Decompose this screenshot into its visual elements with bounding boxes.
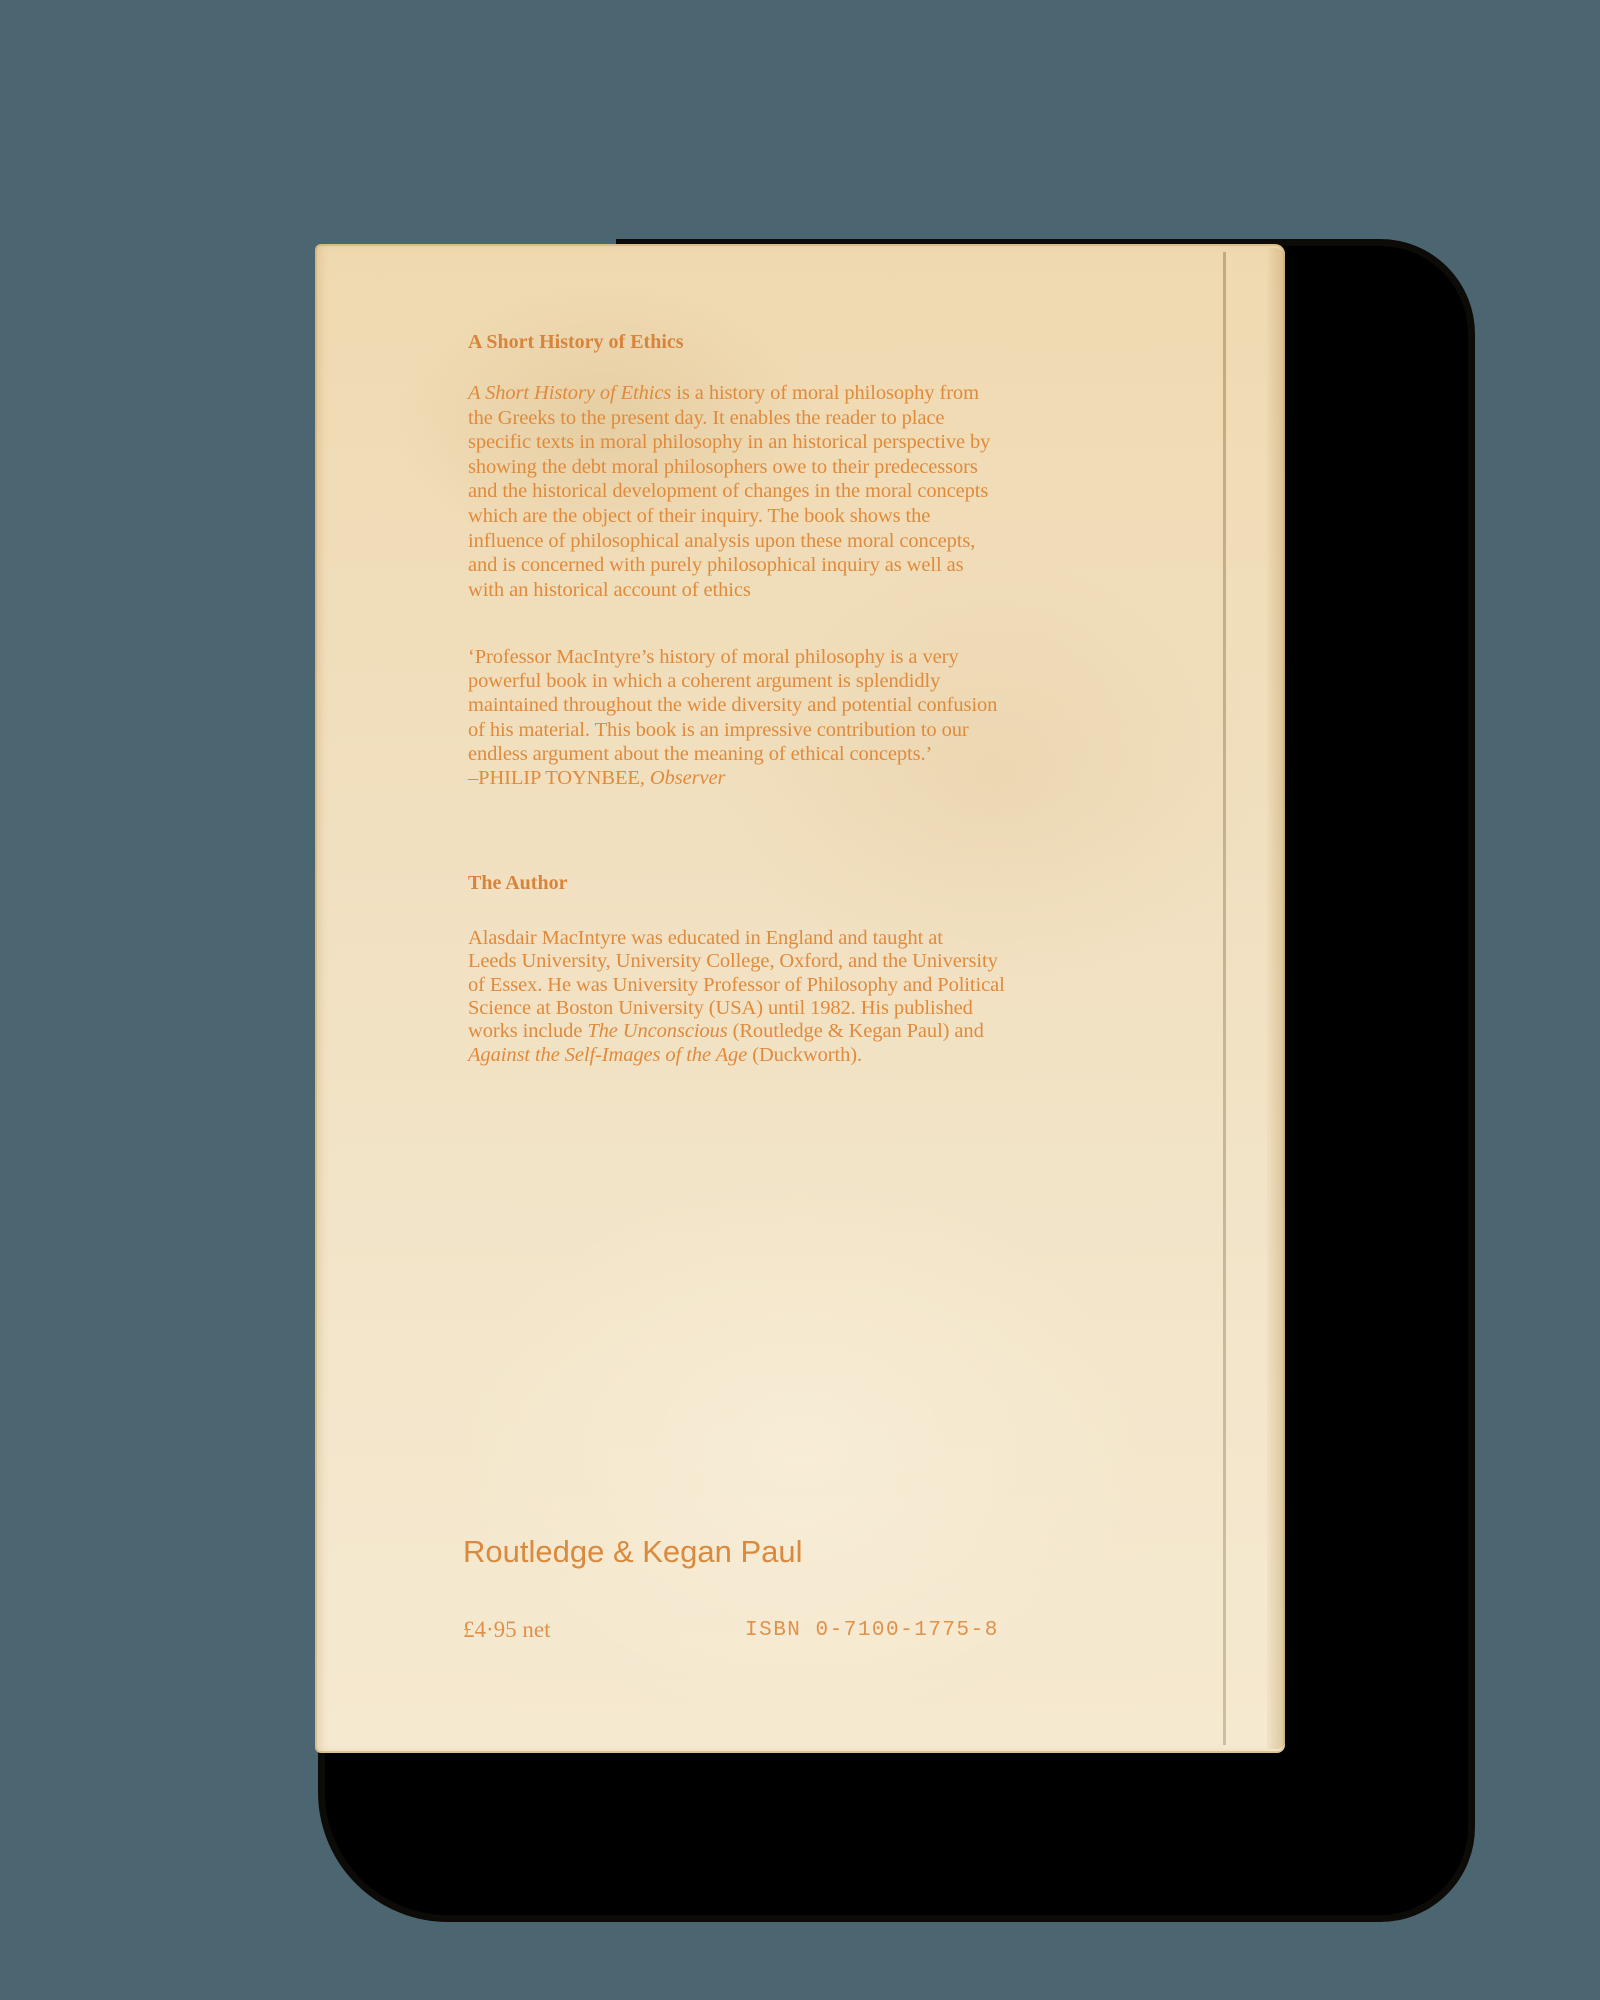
- text-segment: the Greeks to the present day. It enable…: [468, 407, 944, 429]
- text-segment: maintained throughout the wide diversity…: [468, 694, 997, 716]
- text-segment: endless argument about the meaning of et…: [468, 743, 932, 765]
- text-segment: and the historical development of change…: [468, 480, 988, 502]
- spine-edge: [1267, 248, 1285, 1749]
- text-line: ‘Professor MacIntyre’s history of moral …: [468, 645, 958, 669]
- text-segment: ‘Professor MacIntyre’s history of moral …: [468, 646, 958, 668]
- text-line: works include The Unconscious (Routledge…: [468, 1019, 984, 1043]
- text-line: of Essex. He was University Professor of…: [468, 973, 1005, 997]
- text-segment: Science at Boston University (USA) until…: [468, 997, 973, 1019]
- text-line: Leeds University, University College, Ox…: [468, 949, 998, 973]
- text-line: and the historical development of change…: [468, 479, 988, 503]
- price: £4·95 net: [463, 1617, 551, 1643]
- text-line: showing the debt moral philosophers owe …: [468, 455, 978, 479]
- text-segment: (Duckworth).: [747, 1044, 862, 1066]
- text-segment: specific texts in moral philosophy in an…: [468, 431, 990, 453]
- text-line: Alasdair MacIntyre was educated in Engla…: [468, 926, 943, 950]
- text-segment: which are the object of their inquiry. T…: [468, 505, 930, 527]
- text-line: Against the Self-Images of the Age (Duck…: [468, 1043, 862, 1067]
- text-line: A Short History of Ethics is a history o…: [468, 381, 979, 405]
- italic-text: A Short History of Ethics: [468, 382, 671, 404]
- text-segment: of his material. This book is an impress…: [468, 719, 969, 741]
- text-line: which are the object of their inquiry. T…: [468, 504, 930, 528]
- italic-text: Against the Self-Images of the Age: [468, 1044, 747, 1066]
- text-segment: Alasdair MacIntyre was educated in Engla…: [468, 927, 943, 949]
- text-segment: Leeds University, University College, Ox…: [468, 950, 998, 972]
- text-segment: with an historical account of ethics: [468, 579, 751, 601]
- italic-text: Observer: [650, 767, 726, 789]
- text-line: and is concerned with purely philosophic…: [468, 553, 963, 577]
- text-segment: (Routledge & Kegan Paul) and: [728, 1020, 984, 1042]
- text-segment: showing the debt moral philosophers owe …: [468, 456, 978, 478]
- book-back-cover: A Short History of Ethics A Short Histor…: [315, 244, 1285, 1753]
- title-heading: A Short History of Ethics: [468, 331, 684, 354]
- text-line: endless argument about the meaning of et…: [468, 742, 932, 766]
- text-line: with an historical account of ethics: [468, 578, 751, 602]
- text-line: specific texts in moral philosophy in an…: [468, 430, 990, 454]
- author-heading: The Author: [468, 872, 567, 895]
- text-segment: powerful book in which a coherent argume…: [468, 670, 940, 692]
- isbn: ISBN 0-7100-1775-8: [745, 1619, 999, 1642]
- text-segment: and is concerned with purely philosophic…: [468, 554, 963, 576]
- italic-text: The Unconscious: [587, 1020, 727, 1042]
- publisher-name: Routledge & Kegan Paul: [463, 1534, 803, 1570]
- text-segment: works include: [468, 1020, 587, 1042]
- text-segment: of Essex. He was University Professor of…: [468, 974, 1005, 996]
- text-segment: is a history of moral philosophy from: [671, 382, 979, 404]
- text-line: the Greeks to the present day. It enable…: [468, 406, 944, 430]
- spine-fold-line: [1223, 252, 1226, 1745]
- text-line: maintained throughout the wide diversity…: [468, 693, 997, 717]
- text-line: –PHILIP TOYNBEE, Observer: [468, 766, 725, 790]
- text-segment: –PHILIP TOYNBEE,: [468, 767, 650, 789]
- text-line: Science at Boston University (USA) until…: [468, 996, 973, 1020]
- text-line: influence of philosophical analysis upon…: [468, 529, 975, 553]
- text-line: powerful book in which a coherent argume…: [468, 669, 940, 693]
- text-line: of his material. This book is an impress…: [468, 718, 969, 742]
- text-segment: influence of philosophical analysis upon…: [468, 530, 975, 552]
